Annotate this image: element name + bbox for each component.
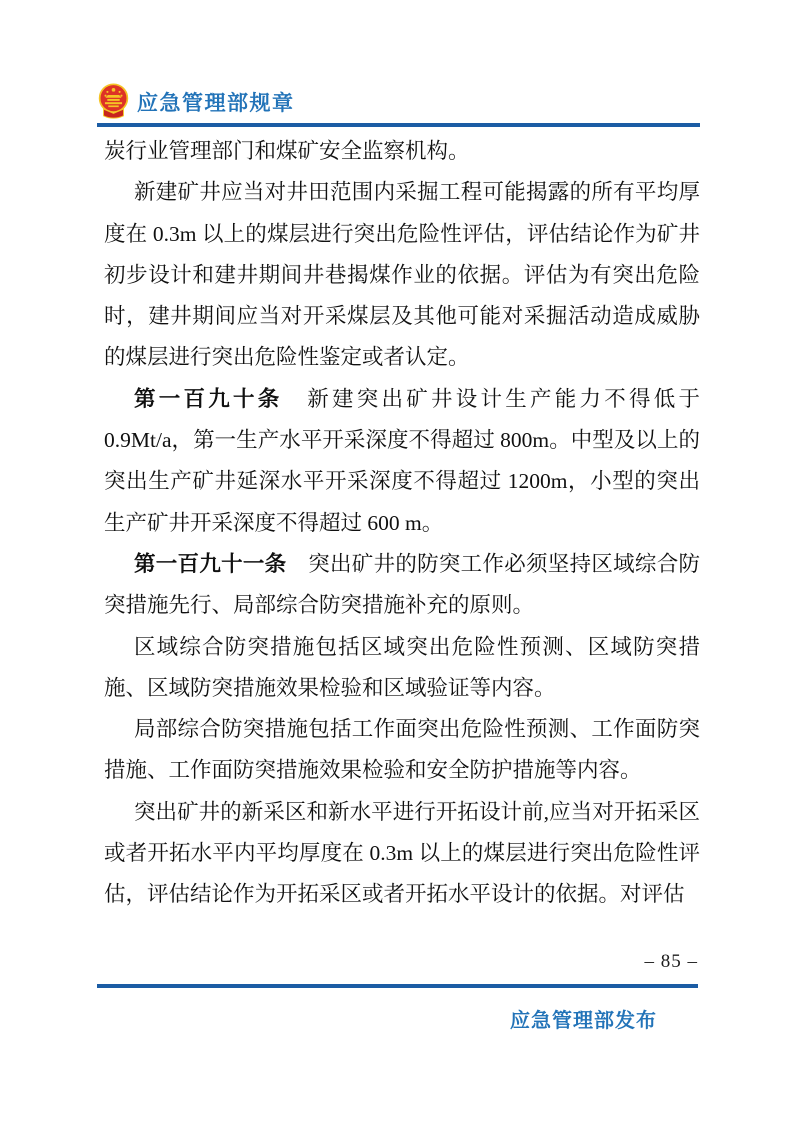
header-title: 应急管理部规章	[137, 87, 295, 117]
footer-publisher: 应急管理部发布	[510, 1004, 657, 1033]
national-emblem-icon	[97, 83, 130, 121]
paragraph: 区域综合防突措施包括区域突出危险性预测、区域防突措施、区域防突措施效果检验和区域…	[104, 627, 700, 710]
header-row: 应急管理部规章	[97, 82, 700, 122]
footer-rule	[97, 984, 698, 988]
paragraph-text: 局部综合防突措施包括工作面突出危险性预测、工作面防突措施、工作面防突措施效果检验…	[104, 717, 700, 782]
paragraph: 新建矿井应当对井田范围内采掘工程可能揭露的所有平均厚度在 0.3m 以上的煤层进…	[104, 172, 700, 378]
paragraph-text: 新建矿井应当对井田范围内采掘工程可能揭露的所有平均厚度在 0.3m 以上的煤层进…	[104, 180, 700, 369]
page-number: – 85 –	[645, 951, 699, 973]
paragraph-continuation: 炭行业管理部门和煤矿安全监察机构。	[104, 131, 700, 172]
header-rule	[97, 123, 700, 127]
article-number: 第一百九十一条	[134, 552, 286, 576]
paragraph-text: 突出矿井的新采区和新水平进行开拓设计前,应当对开拓采区或者开拓水平内平均厚度在 …	[104, 800, 700, 907]
paragraph-article-191: 第一百九十一条 突出矿井的防突工作必须坚持区域综合防突措施先行、局部综合防突措施…	[104, 544, 700, 627]
paragraph-text: 炭行业管理部门和煤矿安全监察机构。	[104, 139, 470, 163]
paragraph: 突出矿井的新采区和新水平进行开拓设计前,应当对开拓采区或者开拓水平内平均厚度在 …	[104, 792, 700, 916]
paragraph-article-190: 第一百九十条 新建突出矿井设计生产能力不得低于 0.9Mt/a，第一生产水平开采…	[104, 379, 700, 544]
document-page: 应急管理部规章 炭行业管理部门和煤矿安全监察机构。 新建矿井应当对井田范围内采掘…	[0, 0, 793, 1122]
document-body: 炭行业管理部门和煤矿安全监察机构。 新建矿井应当对井田范围内采掘工程可能揭露的所…	[104, 131, 700, 916]
paragraph: 局部综合防突措施包括工作面突出危险性预测、工作面防突措施、工作面防突措施效果检验…	[104, 709, 700, 792]
page-header: 应急管理部规章	[97, 82, 700, 127]
paragraph-text: 区域综合防突措施包括区域突出危险性预测、区域防突措施、区域防突措施效果检验和区域…	[104, 635, 700, 700]
article-number: 第一百九十条	[134, 387, 283, 411]
